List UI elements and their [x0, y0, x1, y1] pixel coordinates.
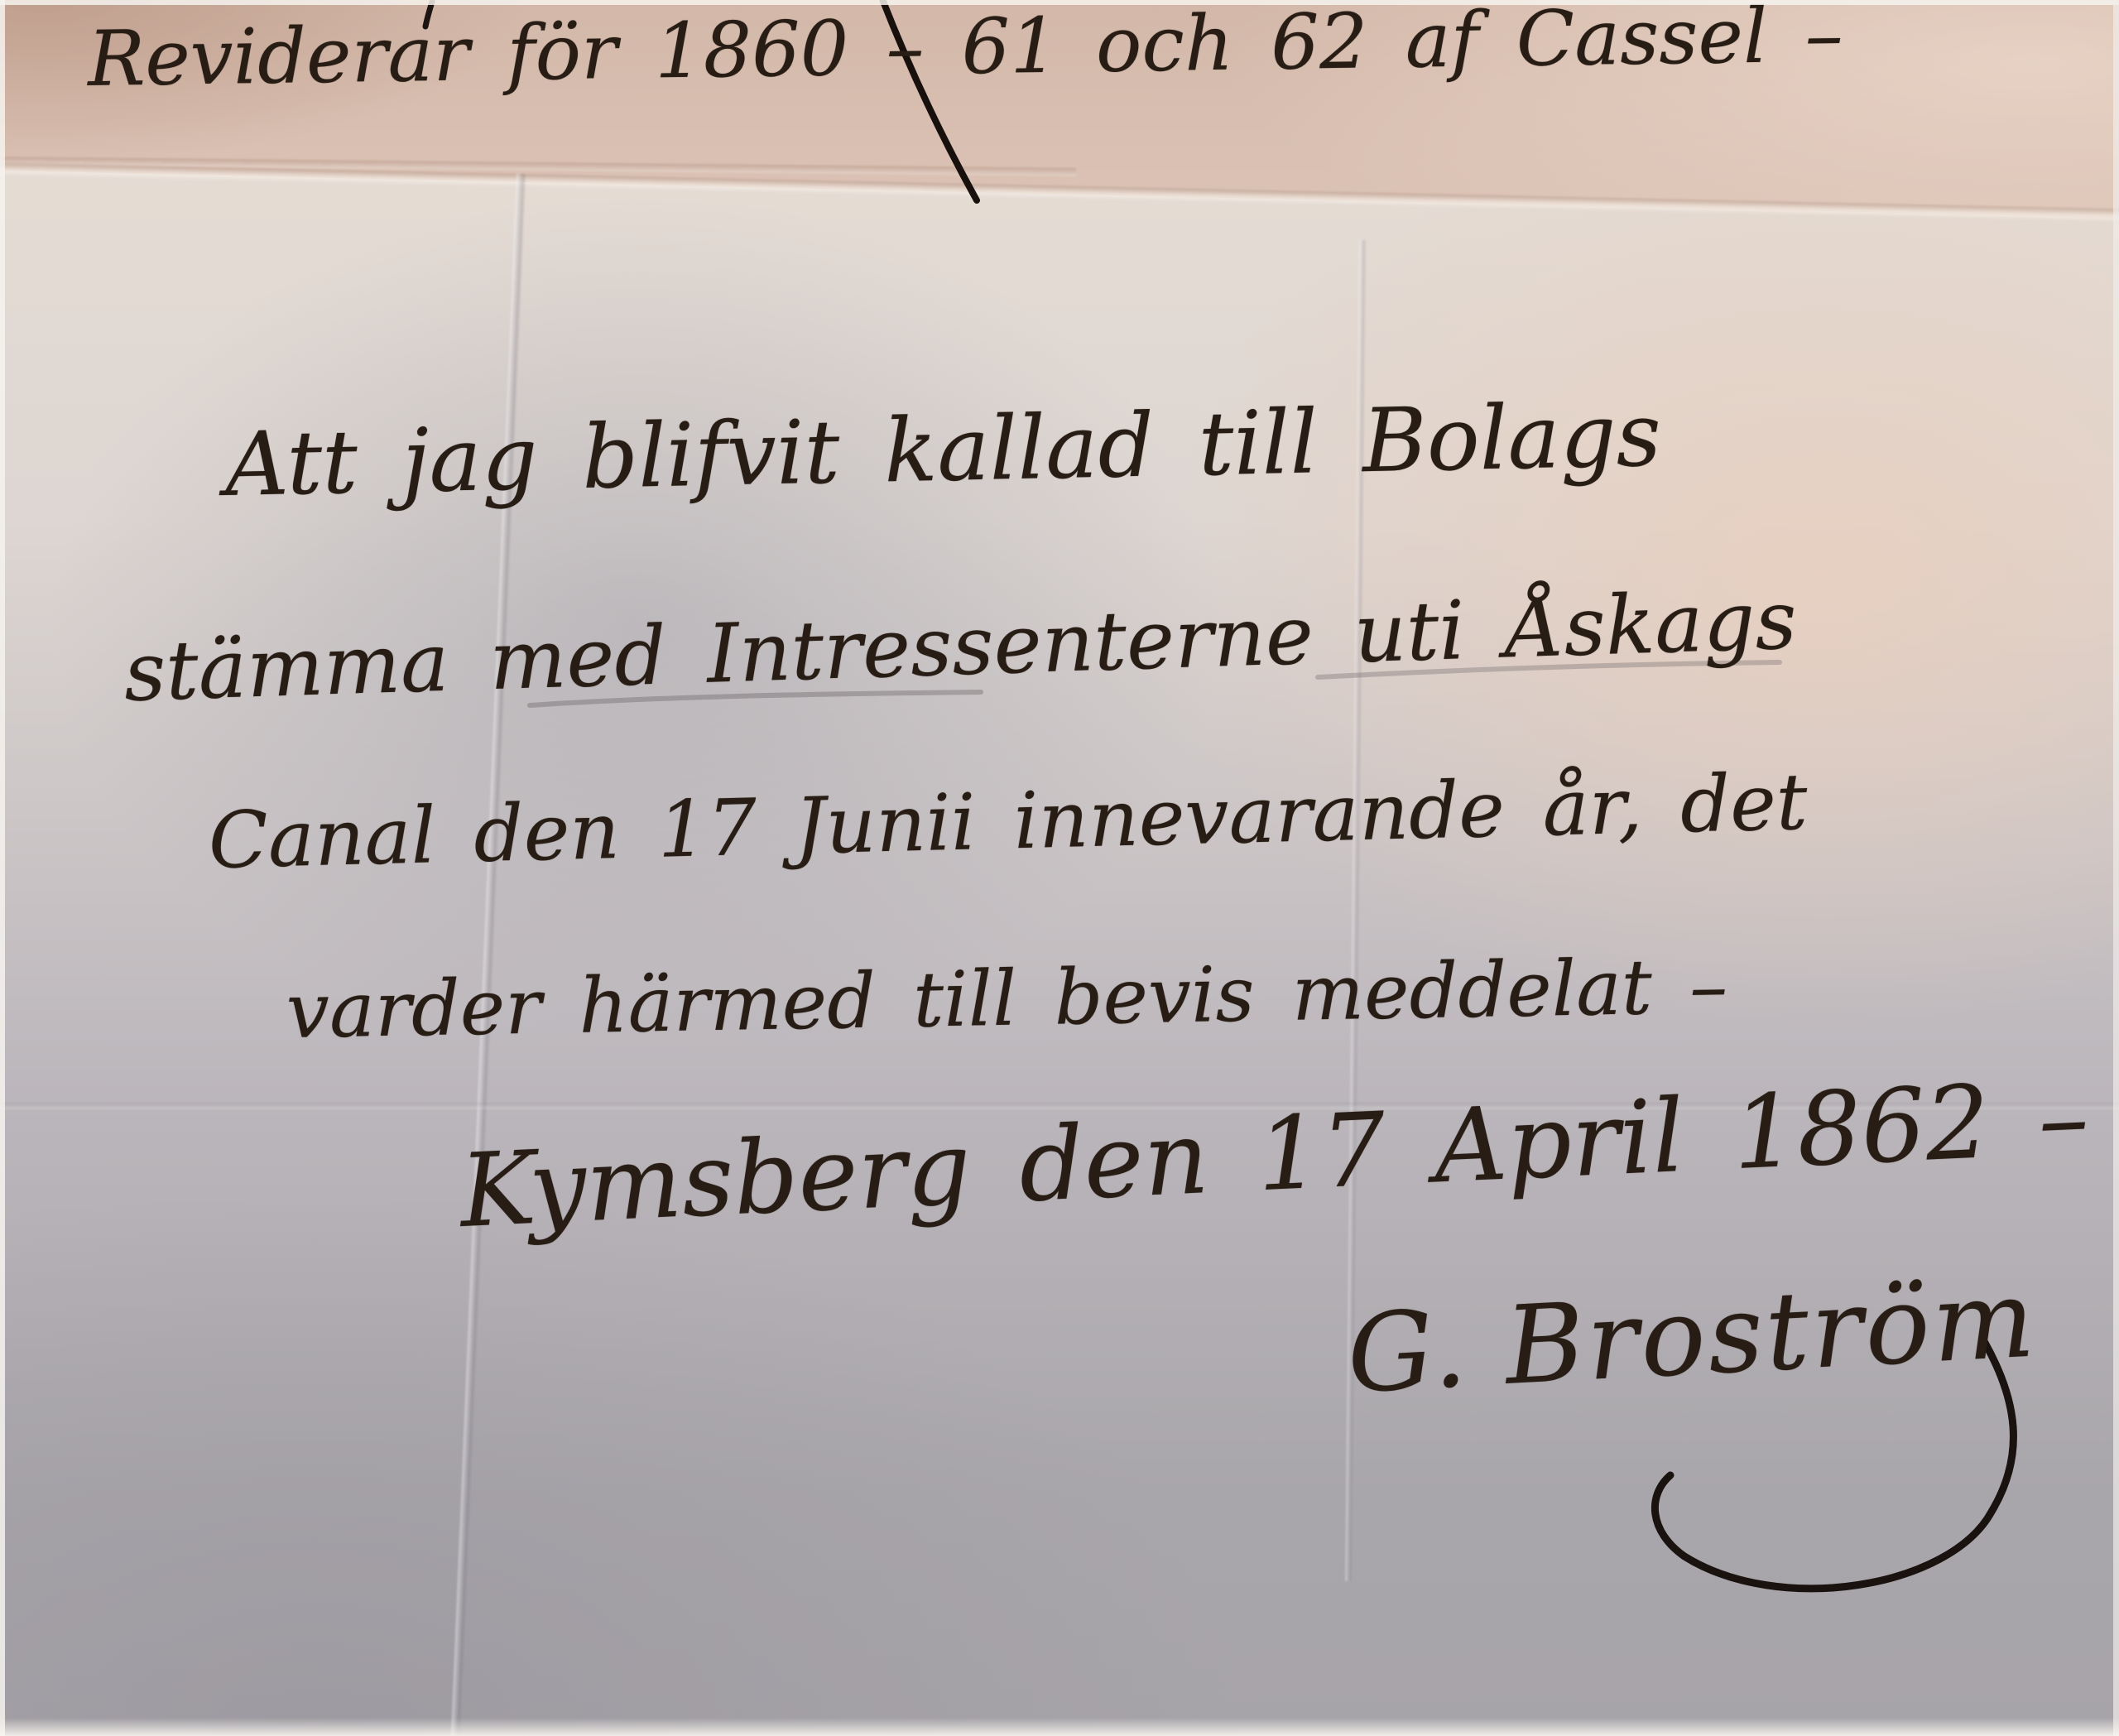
photo-edge-bottom	[0, 1718, 2119, 1736]
photo-edge-right	[2113, 0, 2119, 1736]
photo-edge-left	[0, 0, 5, 1736]
photo-edge-top	[0, 0, 2119, 5]
photographed-letter: Reviderar för 1860 – 61 och 62 af Cassel…	[0, 0, 2119, 1736]
